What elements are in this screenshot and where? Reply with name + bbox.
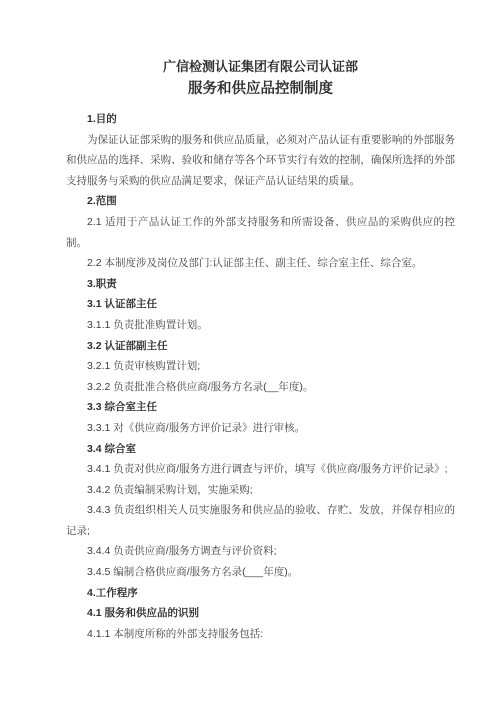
section-heading: 1.目的 — [66, 109, 455, 130]
paragraph: 3.2.1 负责审核购置计划; — [66, 356, 455, 377]
section-heading: 3.职责 — [66, 274, 455, 295]
document-title: 广信检测认证集团有限公司认证部 — [66, 56, 455, 77]
section-heading: 3.2 认证部副主任 — [66, 336, 455, 357]
document-page: 广信检测认证集团有限公司认证部 服务和供应品控制制度 1.目的为保证认证部采购的… — [0, 0, 500, 707]
paragraph: 2.1 适用于产品认证工作的外部支持服务和所需设备、供应品的采购供应的控制。 — [66, 212, 455, 253]
paragraph: 3.4.2 负责编制采购计划，实施采购; — [66, 480, 455, 501]
section-heading: 4.工作程序 — [66, 583, 455, 604]
paragraph: 3.4.1 负责对供应商/服务方进行调查与评价，填写《供应商/服务方评价记录》; — [66, 459, 455, 480]
paragraph: 3.4.4 负责供应商/服务方调查与评价资料; — [66, 541, 455, 562]
paragraph: 3.4.3 负责组织相关人员实施服务和供应品的验收、存贮、发放，并保存相应的记录… — [66, 500, 455, 541]
section-heading: 4.1 服务和供应品的识别 — [66, 603, 455, 624]
section-heading: 2.范围 — [66, 191, 455, 212]
paragraph: 3.3.1 对《供应商/服务方评价记录》进行审核。 — [66, 418, 455, 439]
section-heading: 3.1 认证部主任 — [66, 294, 455, 315]
paragraph: 2.2 本制度涉及岗位及部门:认证部主任、副主任、综合室主任、综合室。 — [66, 253, 455, 274]
paragraph: 3.4.5 编制合格供应商/服务方名录(___年度)。 — [66, 562, 455, 583]
document-subtitle: 服务和供应品控制制度 — [66, 77, 455, 101]
paragraph: 为保证认证部采购的服务和供应品质量，必须对产品认证有重要影响的外部服务和供应品的… — [66, 130, 455, 192]
section-heading: 3.4 综合室 — [66, 439, 455, 460]
paragraph: 3.2.2 负责批准合格供应商/服务方名录(__年度)。 — [66, 377, 455, 398]
document-body: 1.目的为保证认证部采购的服务和供应品质量，必须对产品认证有重要影响的外部服务和… — [66, 109, 455, 644]
paragraph: 4.1.1 本制度所称的外部支持服务包括: — [66, 624, 455, 645]
section-heading: 3.3 综合室主任 — [66, 397, 455, 418]
paragraph: 3.1.1 负责批准购置计划。 — [66, 315, 455, 336]
